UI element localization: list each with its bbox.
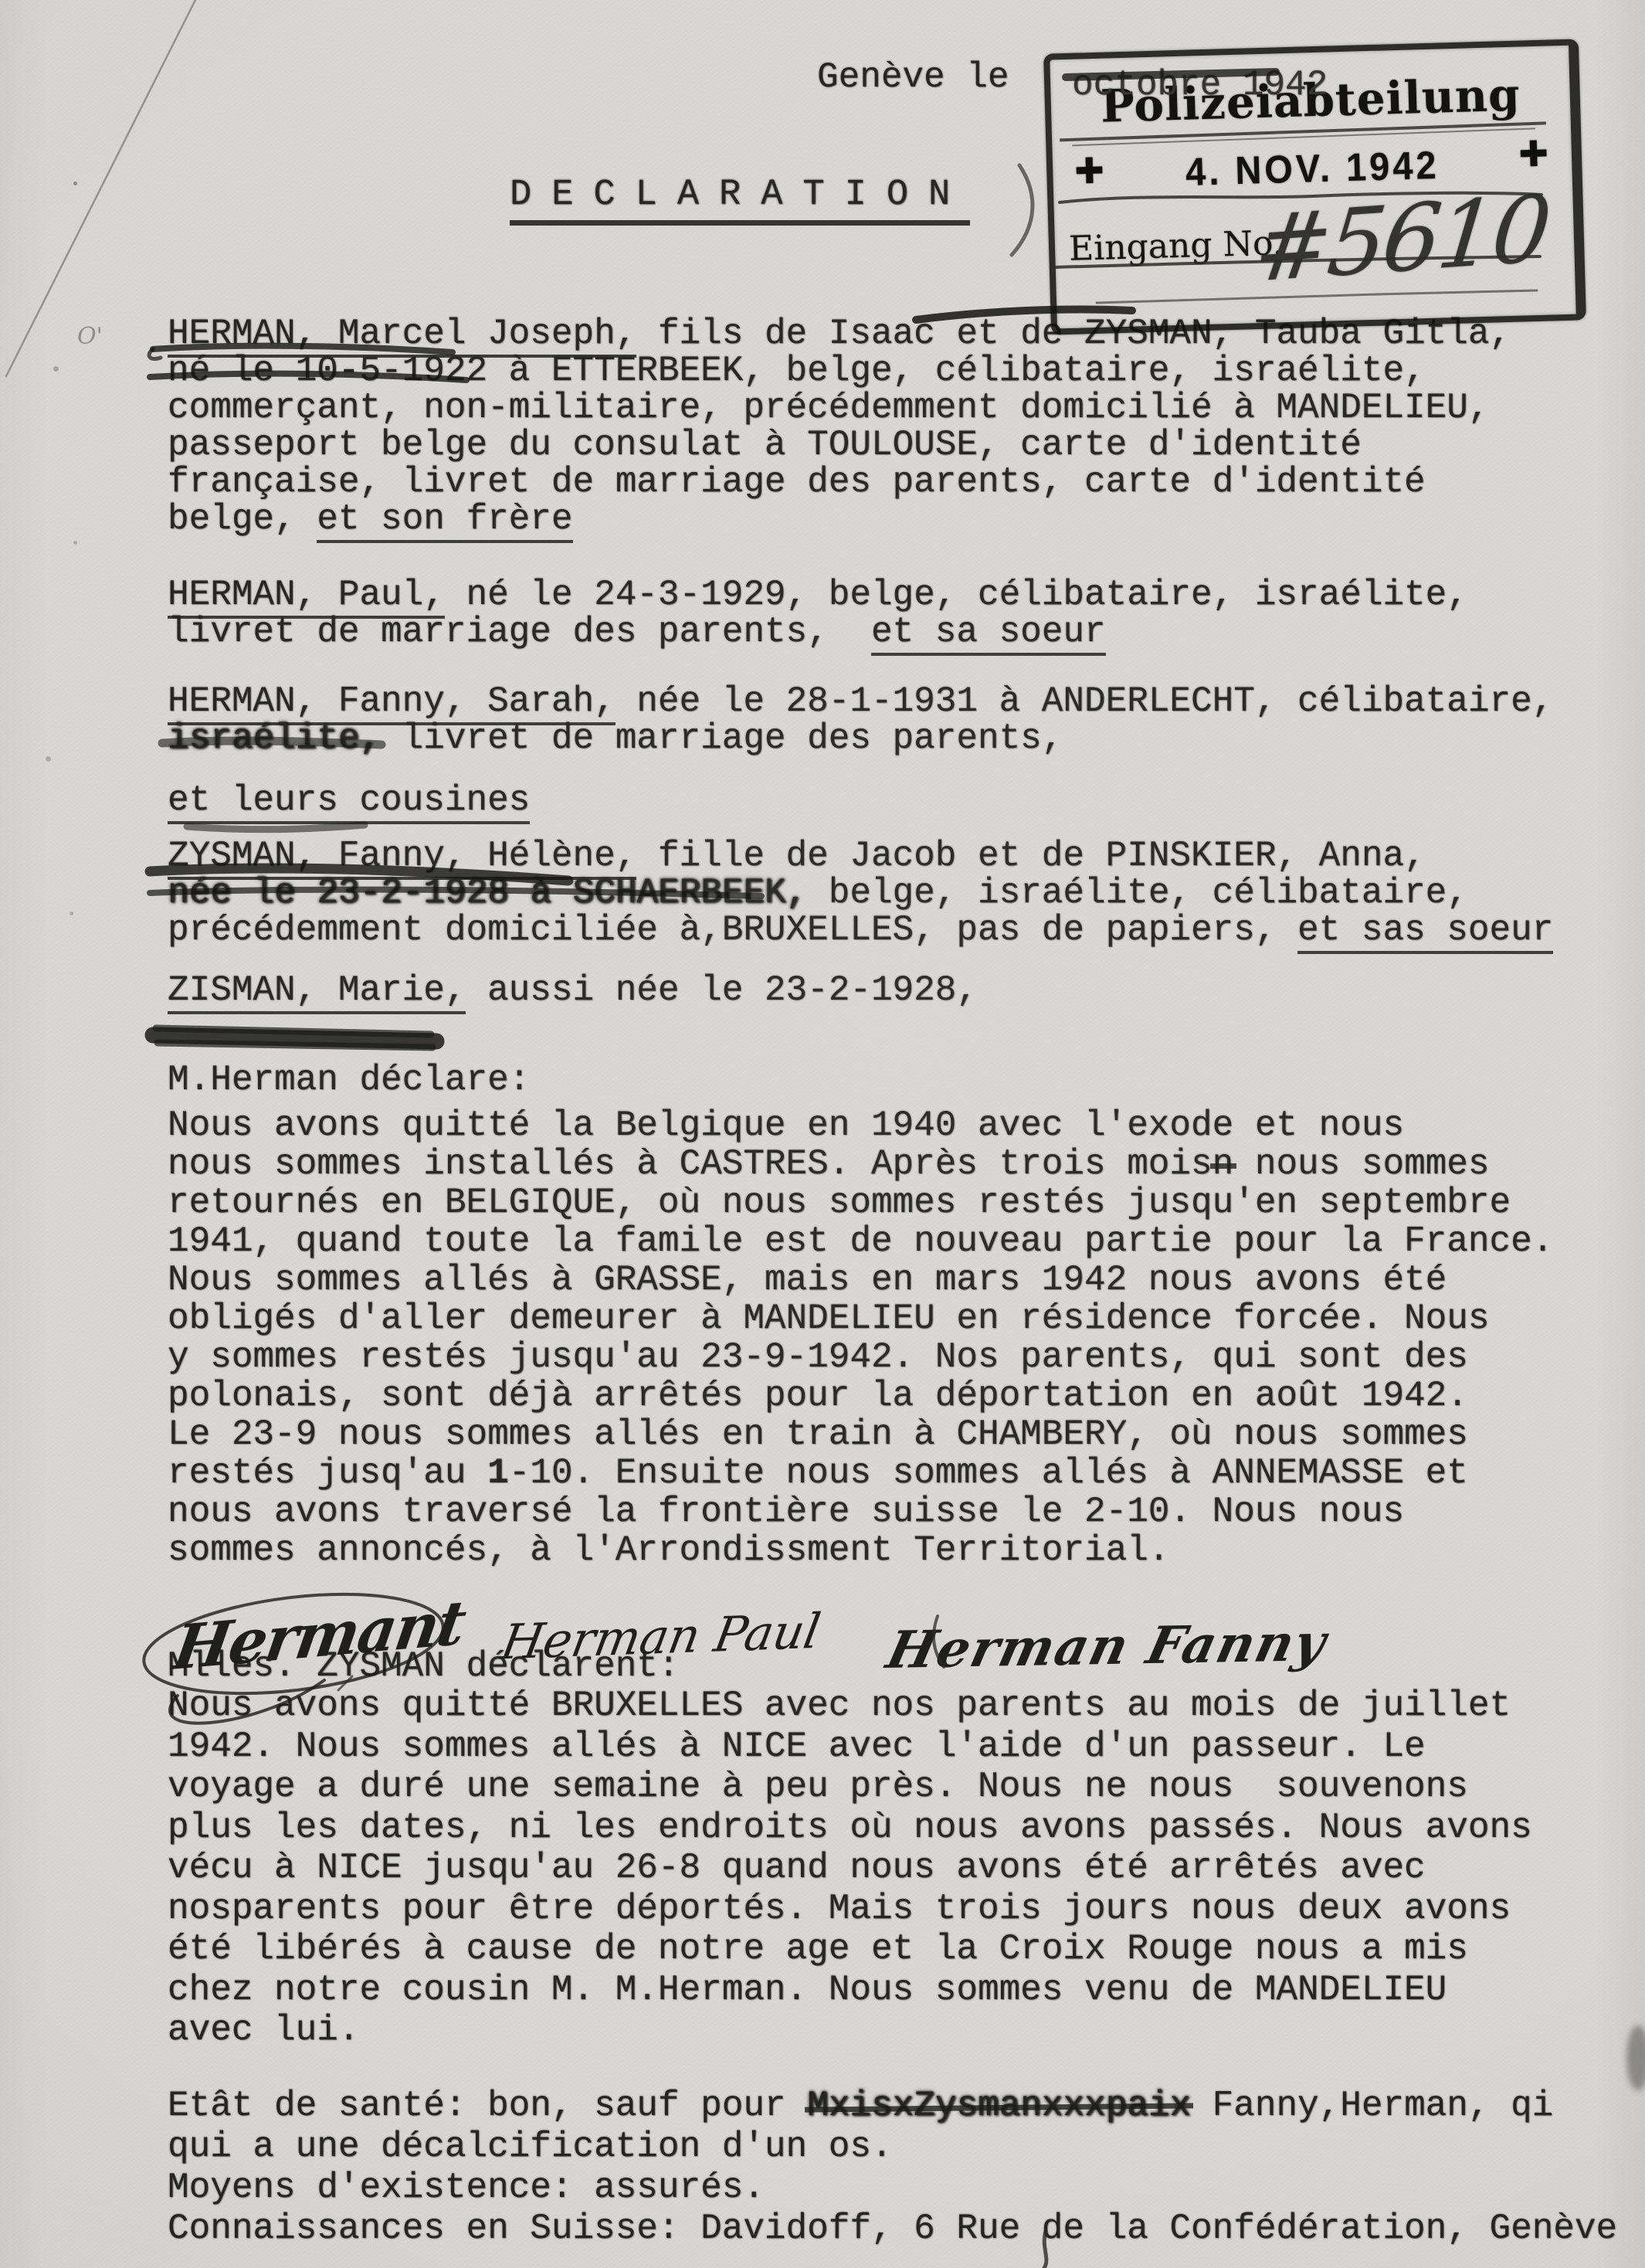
handwritten-paren [1012,165,1033,255]
text-line: livret de marriage des parents, et sa so… [168,613,1468,650]
text-segment: commerçant, non-militaire, précédemment … [168,388,1489,428]
scanned-document-page: { "page": {"width": 2130, "height": 2936… [0,0,1645,2268]
scan-edge-smudge [1626,2025,1645,2090]
declaration-herman-text: Nous avons quitté la Belgique en 1940 av… [168,1106,1553,1570]
text-segment: et sa soeur [871,612,1106,656]
text-segment: vécu à NICE jusqu'au 26-8 quand nous avo… [168,1848,1426,1888]
text-segment: plus les dates, ni les endroits où nous … [168,1808,1532,1848]
text-segment: chez notre cousin M. M.Herman. Nous somm… [168,1970,1447,2010]
text-segment: restés jusq'au [168,1453,487,1493]
text-line: Nous sommes allés à GRASSE, mais en mars… [168,1261,1553,1299]
text-segment: Nous avons quitté la Belgique en 1940 av… [168,1105,1404,1146]
text-line: ZISMAN, Marie, aussi née le 23-2-1928, [168,972,978,1009]
stray-pen-mark: O' [77,323,103,350]
text-segment: nosparents pour être déportés. Mais troi… [168,1889,1511,1929]
text-segment: livret de marriage des parents, [381,718,1063,759]
text-segment: belge, [168,499,317,539]
signature-herman-fanny: Herman Fanny [881,1612,1333,1680]
text-segment: Nous sommes allés à GRASSE, mais en mars… [168,1260,1447,1300]
place-date-line: Genève le [817,57,1009,97]
text-segment: nous sommes [1233,1144,1489,1184]
text-segment: obligés d'aller demeurer à MANDELIEU en … [168,1299,1489,1339]
text-line: nous sommes installés à CASTRES. Après t… [168,1145,1553,1183]
text-segment: retournés en BELGIQUE, où nous sommes re… [168,1183,1511,1223]
text-line: 1942. Nous sommes allés à NICE avec l'ai… [168,1726,1532,1767]
text-line: belge, et son frère [168,501,1511,538]
text-segment: y sommes restés jusqu'au 23-9-1942. Nos … [168,1337,1468,1377]
text-line: M.Herman déclare: [168,1061,530,1098]
text-line: ZYSMAN, Fanny, Hélène, fille de Jacob et… [168,837,1553,874]
paragraph-cousines-heading: et leurs cousines [168,782,530,819]
text-line: précédemment domiciliée à,BRUXELLES, pas… [168,912,1553,949]
text-line: Moyens d'existence: assurés. [168,2168,1617,2209]
text-line: Nous avons quitté la Belgique en 1940 av… [168,1106,1553,1145]
obliterated-line [153,1035,436,1041]
text-segment: et son frère [317,499,572,543]
text-segment: et sas soeur [1297,910,1553,954]
signature-herman-paul: Herman Paul [497,1603,825,1671]
text-line: passeport belge du consulat à TOULOUSE, … [168,426,1511,463]
text-line: polonais, sont déjà arrêtés pour la dépo… [168,1377,1553,1415]
pen-smear-cousines [187,825,365,830]
typed-date: octobre 1942 [1072,65,1328,105]
text-segment: né le 10-5-1922 à ETTERBEEK, belge, céli… [168,351,1426,391]
text-segment: née le 23-2-1928 à SCHAERBEEK, [168,873,807,913]
text-segment: livret de marriage des parents, [168,612,871,652]
text-segment: nous sommes installés à CASTRES. Après t… [168,1144,1213,1184]
text-line: 1941, quand toute la famile est de nouve… [168,1222,1553,1261]
text-segment: Fanny,Herman, qi [1191,2086,1553,2126]
text-segment: M.Herman déclare: [168,1060,530,1100]
text-segment: et leurs cousines [168,780,530,824]
text-line: Etât de santé: bon, sauf pour MxisxZysma… [168,2086,1617,2127]
text-line: voyage a duré une semaine à peu près. No… [168,1767,1532,1808]
paragraph-zisman-marie: ZISMAN, Marie, aussi née le 23-2-1928, [168,972,978,1009]
paragraph-herman-marcel: HERMAN, Marcel Joseph, fils de Isaac et … [168,315,1511,538]
text-line: plus les dates, ni les endroits où nous … [168,1808,1532,1849]
declaration-zysman-text: Nous avons quitté BRUXELLES avec nos par… [168,1686,1532,2051]
text-segment: n [1213,1145,1234,1183]
text-line: vécu à NICE jusqu'au 26-8 quand nous avo… [168,1848,1532,1889]
closing-status-lines: Etât de santé: bon, sauf pour MxisxZysma… [168,2086,1617,2249]
text-segment: née le 28-1-1931 à ANDERLECHT, célibatai… [616,681,1554,721]
text-segment: Moyens d'existence: assurés. [168,2168,765,2208]
text-segment: MxisxZysmanxxxpaix [807,2086,1191,2127]
paragraph-herman-paul: HERMAN, Paul, né le 24-3-1929, belge, cé… [168,576,1468,650]
paper-specks [73,182,77,185]
text-line: HERMAN, Fanny, Sarah, née le 28-1-1931 à… [168,683,1553,720]
text-segment: 1942. Nous sommes allés à NICE avec l'ai… [168,1726,1426,1767]
text-segment: ZISMAN, Marie, [168,970,466,1014]
text-line: été libérés à cause de notre age et la C… [168,1929,1532,1970]
text-line: Le 23-9 nous sommes allés en train à CHA… [168,1415,1553,1454]
text-segment: nous avons traversé la frontière suisse … [168,1492,1404,1532]
text-segment: belge, israélite, célibataire, [807,873,1468,913]
handwritten-entry-number: #5610 [1250,175,1553,303]
text-segment: avec lui. [168,2010,359,2050]
text-line: et leurs cousines [168,782,530,819]
declaration-herman-heading: M.Herman déclare: [168,1061,530,1098]
text-segment: passeport belge du consulat à TOULOUSE, … [168,425,1362,465]
text-line: Nous avons quitté BRUXELLES avec nos par… [168,1686,1532,1726]
text-segment: précédemment domiciliée à,BRUXELLES, pas… [168,910,1297,950]
text-line: obligés d'aller demeurer à MANDELIEU en … [168,1299,1553,1338]
text-line: avec lui. [168,2010,1532,2051]
text-segment: Connaissances en Suisse: Davidoff, 6 Rue… [168,2209,1617,2249]
text-segment: Etât de santé: bon, sauf pour [168,2086,807,2126]
text-segment: fille de Jacob et de PINSKIER, Anna, [636,836,1425,876]
text-line: française, livret de marriage des parent… [168,463,1511,501]
text-line: nosparents pour être déportés. Mais troi… [168,1889,1532,1930]
text-line: nous avons traversé la frontière suisse … [168,1492,1553,1531]
text-line: commerçant, non-militaire, précédemment … [168,389,1511,426]
document-title: DECLARATION [510,175,970,226]
paragraph-zysman-fanny-helene: ZYSMAN, Fanny, Hélène, fille de Jacob et… [168,837,1553,949]
text-segment: polonais, sont déjà arrêtés pour la dépo… [168,1376,1468,1416]
text-segment: sommes annoncés, à l'Arrondissment Terri… [168,1530,1169,1570]
text-segment: Le 23-9 nous sommes allés en train à CHA… [168,1414,1468,1455]
text-segment: 1941, quand toute la famile est de nouve… [168,1221,1553,1261]
text-line: retournés en BELGIQUE, où nous sommes re… [168,1183,1553,1222]
text-line: israélite, livret de marriage des parent… [168,720,1553,757]
text-line: chez notre cousin M. M.Herman. Nous somm… [168,1970,1532,2011]
paragraph-herman-fanny-sarah: HERMAN, Fanny, Sarah, née le 28-1-1931 à… [168,683,1553,757]
text-segment: israélite, [168,718,381,759]
text-line: né le 10-5-1922 à ETTERBEEK, belge, céli… [168,352,1511,389]
text-segment: qui a une décalcification d'un os. [168,2127,893,2167]
text-segment: 1 [487,1453,509,1493]
stamp-entry-label: Eingang No. [1068,223,1284,269]
text-line: restés jusq'au 1-10. Ensuite nous sommes… [168,1454,1553,1492]
text-segment: été libérés à cause de notre age et la C… [168,1929,1468,1969]
text-segment: -10. Ensuite nous sommes allés à ANNEMAS… [509,1453,1468,1493]
text-segment: né le 24-3-1929, belge, célibataire, isr… [445,575,1468,615]
text-segment: Nous avons quitté BRUXELLES avec nos par… [168,1686,1511,1726]
text-line: née le 23-2-1928 à SCHAERBEEK, belge, is… [168,874,1553,912]
text-segment: voyage a duré une semaine à peu près. No… [168,1767,1468,1807]
text-line: qui a une décalcification d'un os. [168,2127,1617,2168]
text-line: Connaissances en Suisse: Davidoff, 6 Rue… [168,2209,1617,2249]
text-line: HERMAN, Paul, né le 24-3-1929, belge, cé… [168,576,1468,613]
text-segment: aussi née le 23-2-1928, [466,970,978,1010]
text-segment: française, livret de marriage des parent… [168,462,1426,502]
text-line: y sommes restés jusqu'au 23-9-1942. Nos … [168,1338,1553,1377]
text-line: sommes annoncés, à l'Arrondissment Terri… [168,1531,1553,1570]
